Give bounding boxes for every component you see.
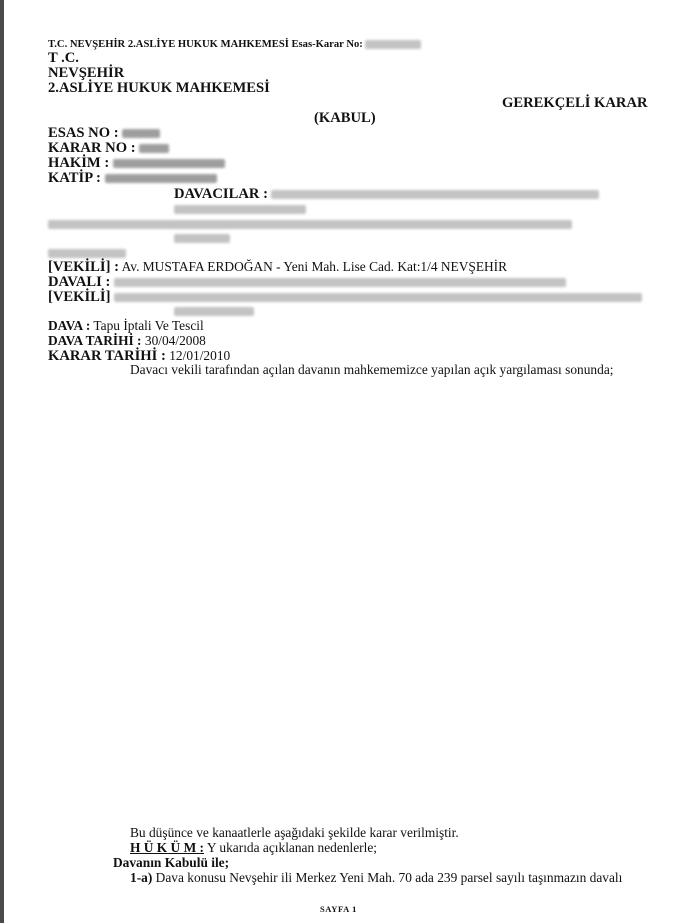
dava-value: Tapu İptali Ve Tescil (93, 318, 203, 333)
davacilar-label: DAVACILAR : (174, 186, 268, 202)
intro-text: Davacı vekili tarafından açılan davanın … (130, 362, 613, 377)
dava-tarihi-value: 30/04/2008 (145, 333, 206, 348)
esas-no-row: ESAS NO : (48, 126, 160, 141)
hakim-label: HAKİM : (48, 155, 109, 171)
davacilar-row-5 (48, 245, 126, 260)
redacted-esas-karar-no (365, 40, 421, 49)
vekili-value: Av. MUSTAFA ERDOĞAN - Yeni Mah. Lise Cad… (122, 259, 508, 274)
redacted-davali (114, 278, 566, 287)
dava-row: DAVA : Tapu İptali Ve Tescil (48, 318, 204, 333)
redacted-davaci-2-city (174, 234, 230, 243)
decision-type: GEREKÇELİ KARAR (502, 96, 648, 111)
running-header: T.C. NEVŞEHİR 2.ASLİYE HUKUK MAHKEMESİ E… (48, 37, 421, 52)
decision-result: (KABUL) (314, 111, 376, 126)
davacilar-row-2 (174, 201, 306, 216)
davacilar-row-3 (48, 216, 572, 231)
davali-row: DAVALI : (48, 274, 566, 290)
kabul-heading: Davanın Kabulü ile; (113, 855, 229, 870)
item-1a-label: 1-a) (130, 870, 152, 885)
redacted-hakim (113, 159, 225, 168)
dava-tarihi-row: DAVA TARİHİ : 30/04/2008 (48, 333, 206, 348)
document-page: T.C. NEVŞEHİR 2.ASLİYE HUKUK MAHKEMESİ E… (0, 0, 677, 923)
running-header-text: T.C. NEVŞEHİR 2.ASLİYE HUKUK MAHKEMESİ E… (48, 39, 363, 50)
hukum-row: H Ü K Ü M : Y ukarıda açıklanan nedenler… (130, 840, 377, 855)
redacted-davali-vekili-tc (174, 307, 254, 316)
vekili-row: [VEKİLİ] : Av. MUSTAFA ERDOĞAN - Yeni Ma… (48, 259, 507, 275)
hukum-label: H Ü K Ü M : (130, 840, 204, 855)
davacilar-row-4 (174, 230, 230, 245)
redacted-davaci-1-tc (174, 205, 306, 214)
davacilar-row: DAVACILAR : (174, 186, 599, 202)
court-line-name: 2.ASLİYE HUKUK MAHKEMESİ (48, 81, 270, 96)
redacted-katip (105, 174, 217, 183)
conclusion-text: Bu düşünce ve kanaatlerle aşağıdaki şeki… (130, 825, 459, 840)
dava-label: DAVA : (48, 318, 90, 333)
vekili2-row: [VEKİLİ] (48, 289, 642, 305)
redacted-karar-no (139, 144, 169, 153)
esas-no-label: ESAS NO : (48, 125, 119, 141)
karar-no-row: KARAR NO : (48, 141, 169, 156)
vekili2-row-2 (174, 303, 254, 318)
redacted-esas-no (122, 129, 160, 138)
redacted-davaci-2-tc (48, 249, 126, 258)
redacted-davaci-1 (271, 190, 599, 199)
katip-label: KATİP : (48, 170, 101, 186)
redacted-davali-vekili (114, 293, 642, 302)
katip-row: KATİP : (48, 171, 217, 186)
davali-label: DAVALI : (48, 274, 110, 290)
court-line-city: NEVŞEHİR (48, 66, 124, 81)
vekili2-label: [VEKİLİ] (48, 289, 110, 305)
hukum-text: Y ukarıda açıklanan nedenlerle; (207, 840, 377, 855)
item-1a-row: 1-a) Dava konusu Nevşehir ili Merkez Yen… (130, 870, 622, 885)
court-line-tc: T .C. (48, 51, 79, 66)
hakim-row: HAKİM : (48, 156, 225, 171)
redacted-davaci-2 (48, 220, 572, 229)
karar-no-label: KARAR NO : (48, 140, 136, 156)
dava-tarihi-label: DAVA TARİHİ : (48, 333, 142, 348)
vekili-label: [VEKİLİ] : (48, 259, 119, 275)
item-1a-text: Dava konusu Nevşehir ili Merkez Yeni Mah… (156, 870, 623, 885)
page-footer: SAYFA 1 (0, 904, 677, 914)
karar-tarihi-value: 12/01/2010 (169, 348, 230, 363)
